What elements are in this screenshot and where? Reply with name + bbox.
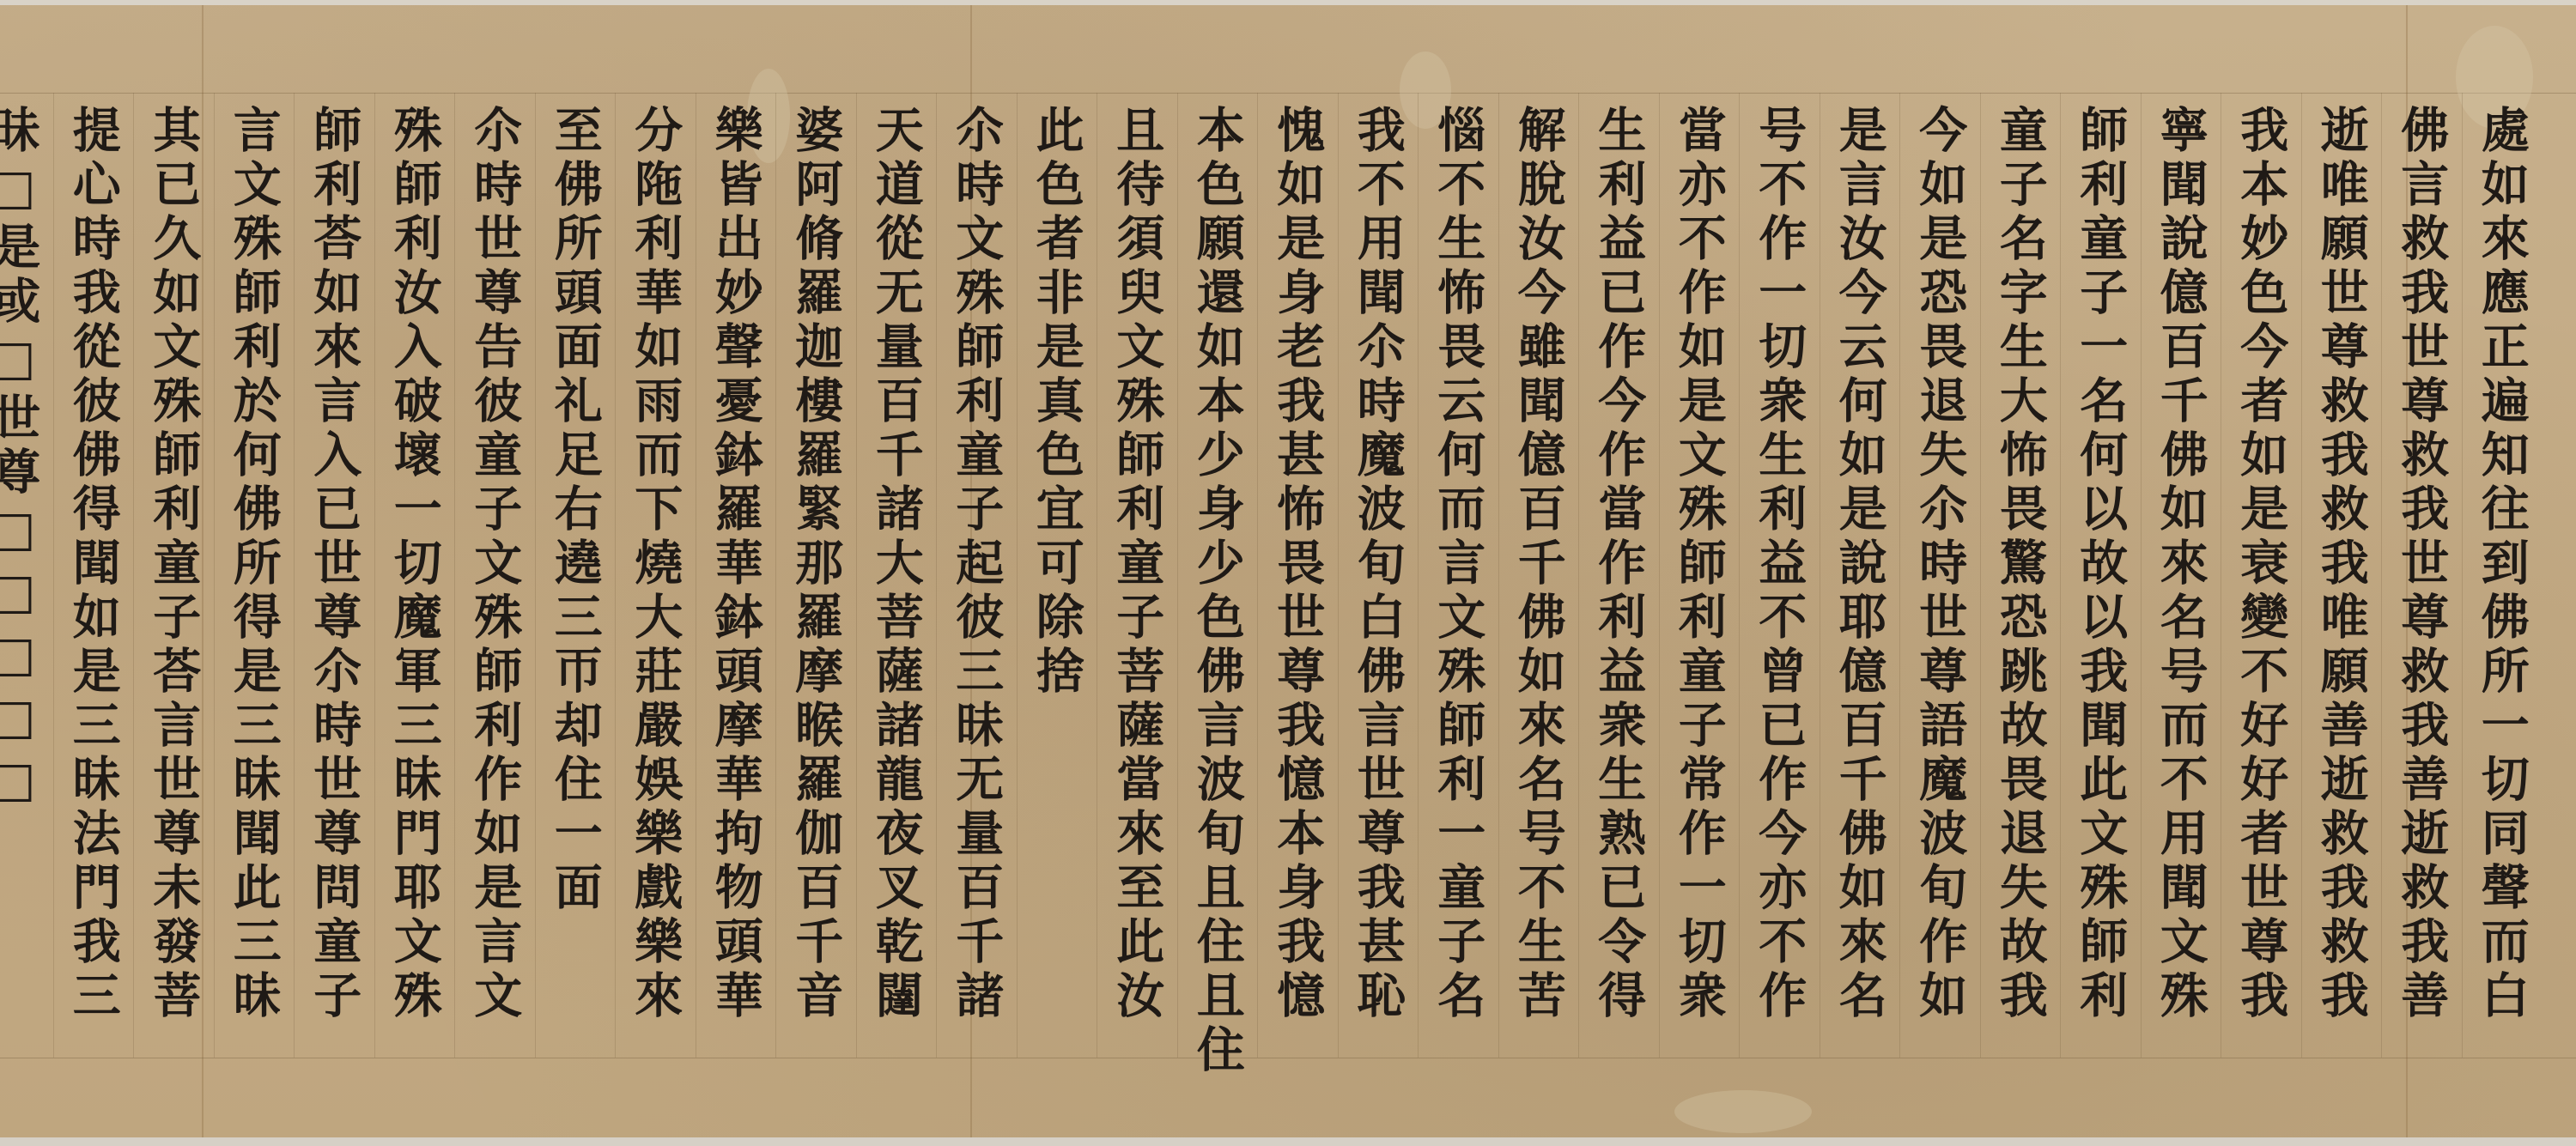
text-column: 此色者非是真色宜可除捨: [1017, 93, 1097, 1058]
text-column: 是言汝今云何如是說耶億百千佛如來名: [1820, 93, 1900, 1058]
column-text: 生利益已作今作當作利益衆生熟已令得: [1595, 105, 1643, 1058]
text-column: 生利益已作今作當作利益衆生熟已令得: [1578, 93, 1659, 1058]
text-column: 尒時文殊師利童子起彼三昧无量百千諸: [936, 93, 1017, 1058]
column-text: 我本妙色今者如是衰變不好好者世尊我: [2237, 105, 2285, 1058]
column-text: 惱不生怖畏云何而言文殊師利一童子名: [1434, 105, 1482, 1058]
column-text: 言文殊師利於何佛所得是三昧聞此三昧: [230, 105, 278, 1058]
text-column: 我不用聞尒時魔波旬白佛言世尊我甚恥: [1338, 93, 1419, 1058]
column-text: 處如來應正遍知往到佛所一切同聲而白: [2478, 105, 2526, 1058]
text-column: 殊師利汝入破壞一切魔軍三昧門耶文殊: [374, 93, 455, 1058]
column-text: 天道從无量百千諸大菩薩諸龍夜叉乾闥: [872, 105, 920, 1058]
text-column: 逝唯願世尊救我救我唯願善逝救我救我: [2301, 93, 2382, 1058]
text-column: 且待須臾文殊師利童子菩薩當來至此汝: [1097, 93, 1177, 1058]
text-column: 佛言救我世尊救我世尊救我善逝救我善: [2381, 93, 2462, 1058]
column-text: 師利童子一名何以故以我聞此文殊師利: [2076, 105, 2124, 1058]
text-column: 天道從无量百千諸大菩薩諸龍夜叉乾闥: [856, 93, 937, 1058]
column-text: 号不作一切衆生利益不曾已作今亦不作: [1755, 105, 1803, 1058]
column-text: 提心時我從彼佛得聞如是三昧法門我三: [70, 105, 118, 1058]
scroll-top-edge: [0, 0, 2576, 5]
column-text: 至佛所頭面礼足右遶三帀却住一面: [551, 105, 599, 1058]
text-column: 尒時世尊告彼童子文殊師利作如是言文: [454, 93, 535, 1058]
column-text: 是言汝今云何如是說耶億百千佛如來名: [1836, 105, 1884, 1058]
column-text: 我不用聞尒時魔波旬白佛言世尊我甚恥: [1354, 105, 1402, 1058]
column-text: 今如是恐畏退失尒時世尊語魔波旬作如: [1916, 105, 1964, 1058]
text-column: 樂皆出妙聲憂鉢羅華鉢頭摩華拘物頭華: [696, 93, 776, 1058]
text-column: 愧如是身老我甚怖畏世尊我憶本身我憶: [1257, 93, 1338, 1058]
text-column: 師利童子一名何以故以我聞此文殊師利: [2060, 93, 2141, 1058]
text-column: 當亦不作如是文殊師利童子常作一切衆: [1659, 93, 1740, 1058]
column-text: 童子名字生大怖畏驚恐跳故畏退失故我: [1996, 105, 2044, 1058]
text-column: 今如是恐畏退失尒時世尊語魔波旬作如: [1899, 93, 1980, 1058]
text-column: 我本妙色今者如是衰變不好好者世尊我: [2221, 93, 2301, 1058]
column-text: 殊師利汝入破壞一切魔軍三昧門耶文殊: [391, 105, 439, 1058]
text-column: 寧聞說億百千佛如來名号而不用聞文殊: [2141, 93, 2221, 1058]
column-text: 師利荅如來言入已世尊尒時世尊問童子: [310, 105, 358, 1058]
text-column: 分陁利華如雨而下燒大莊嚴娛樂戲樂來: [615, 93, 696, 1058]
text-column: 童子名字生大怖畏驚恐跳故畏退失故我: [1980, 93, 2061, 1058]
text-column: 至佛所頭面礼足右遶三帀却住一面: [535, 93, 616, 1058]
text-column: 惱不生怖畏云何而言文殊師利一童子名: [1418, 93, 1498, 1058]
text-column: 師利荅如來言入已世尊尒時世尊問童子: [294, 93, 374, 1058]
column-text: 愧如是身老我甚怖畏世尊我憶本身我憶: [1273, 105, 1321, 1058]
text-column: 号不作一切衆生利益不曾已作今亦不作: [1739, 93, 1820, 1058]
column-text: 昧□是或□世尊□□□□□: [0, 105, 37, 1058]
column-text: 解脫汝今雖聞億百千佛如來名号不生苦: [1515, 105, 1563, 1058]
water-stain: [1674, 1090, 1812, 1133]
column-text: 當亦不作如是文殊師利童子常作一切衆: [1675, 105, 1723, 1058]
column-text: 其已久如文殊師利童子荅言世尊未發菩: [149, 105, 197, 1058]
column-text: 婆阿脩羅迦樓羅緊那羅摩睺羅伽百千音: [792, 105, 840, 1058]
column-text: 逝唯願世尊救我救我唯願善逝救我救我: [2318, 105, 2366, 1058]
text-column: 言文殊師利於何佛所得是三昧聞此三昧: [214, 93, 295, 1058]
column-text: 佛言救我世尊救我世尊救我善逝救我善: [2397, 105, 2445, 1058]
column-text: 此色者非是真色宜可除捨: [1033, 105, 1081, 1058]
text-column: 昧□是或□世尊□□□□□: [0, 93, 53, 1058]
scroll-bottom-edge: [0, 1137, 2576, 1146]
text-column: 提心時我從彼佛得聞如是三昧法門我三: [53, 93, 134, 1058]
text-column: 解脫汝今雖聞億百千佛如來名号不生苦: [1498, 93, 1579, 1058]
column-text: 尒時文殊師利童子起彼三昧无量百千諸: [952, 105, 1000, 1058]
ruled-bottom-border: [0, 1058, 2576, 1058]
column-text: 本色願還如本少身少色佛言波旬且住且住: [1194, 105, 1242, 1058]
column-text: 樂皆出妙聲憂鉢羅華鉢頭摩華拘物頭華: [712, 105, 760, 1058]
text-columns: 處如來應正遍知往到佛所一切同聲而白 佛言救我世尊救我世尊救我善逝救我善 逝唯願世…: [0, 93, 2542, 1058]
text-column: 婆阿脩羅迦樓羅緊那羅摩睺羅伽百千音: [775, 93, 856, 1058]
text-column: 本色願還如本少身少色佛言波旬且住且住: [1177, 93, 1258, 1058]
column-text: 分陁利華如雨而下燒大莊嚴娛樂戲樂來: [631, 105, 679, 1058]
text-column: 其已久如文殊師利童子荅言世尊未發菩: [133, 93, 214, 1058]
column-text: 尒時世尊告彼童子文殊師利作如是言文: [471, 105, 519, 1058]
manuscript-scroll: 處如來應正遍知往到佛所一切同聲而白 佛言救我世尊救我世尊救我善逝救我善 逝唯願世…: [0, 0, 2576, 1146]
column-text: 寧聞說億百千佛如來名号而不用聞文殊: [2157, 105, 2205, 1058]
column-text: 且待須臾文殊師利童子菩薩當來至此汝: [1113, 105, 1161, 1058]
text-column: 處如來應正遍知往到佛所一切同聲而白: [2462, 93, 2543, 1058]
